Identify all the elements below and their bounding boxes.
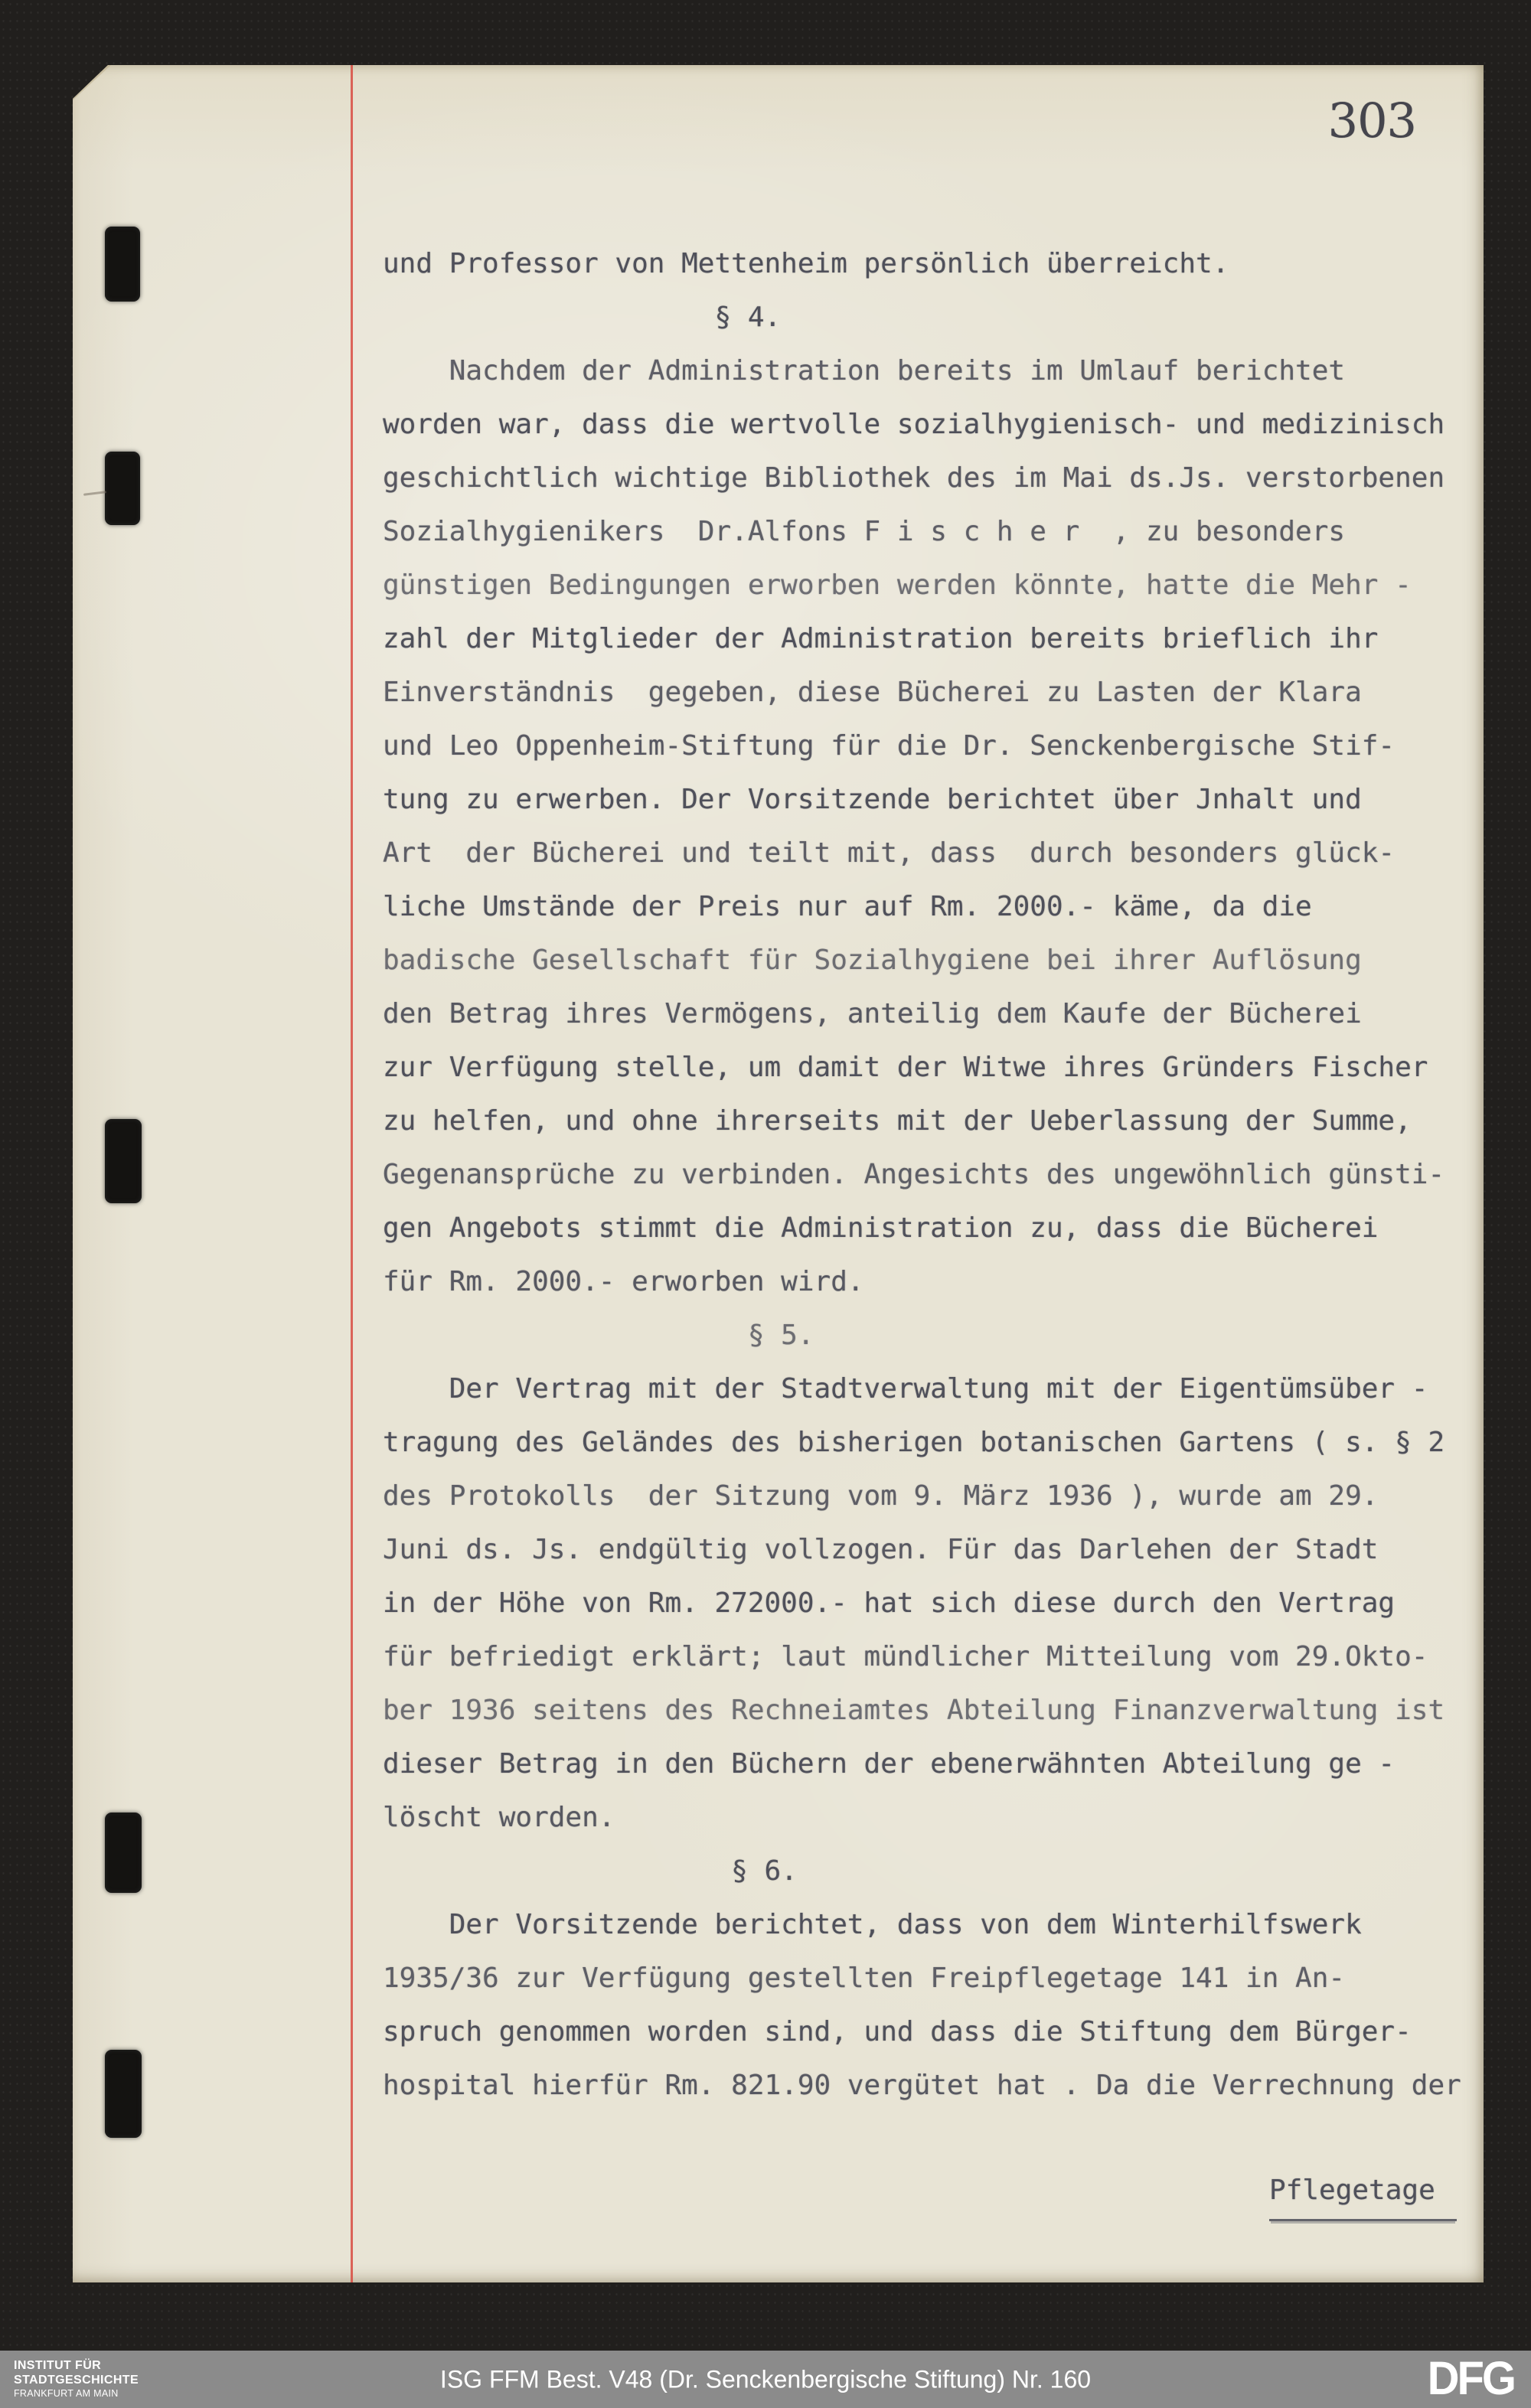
document-page: 303 und Professor von Mettenheim persönl… — [73, 65, 1484, 2282]
institute-name-line2: STADTGESCHICHTE — [14, 2373, 139, 2387]
text-line: liche Umstände der Preis nur auf Rm. 200… — [383, 880, 1484, 934]
text-line: tung zu erwerben. Der Vorsitzende berich… — [383, 773, 1484, 827]
footer-bar: INSTITUT FÜR STADTGESCHICHTE FRANKFURT A… — [0, 2351, 1531, 2408]
text-line: für Rm. 2000.- erworben wird. — [383, 1255, 1484, 1309]
text-line: Der Vorsitzende berichtet, dass von dem … — [383, 1898, 1484, 1952]
text-line: hospital hierfür Rm. 821.90 vergütet hat… — [383, 2059, 1484, 2113]
text-line: tragung des Geländes des bisherigen bota… — [383, 1416, 1484, 1470]
text-line: worden war, dass die wertvolle sozialhyg… — [383, 398, 1484, 452]
margin-line — [351, 65, 353, 2282]
page-corner-fold — [73, 65, 111, 100]
text-line: geschichtlich wichtige Bibliothek des im… — [383, 452, 1484, 505]
text-line: Nachdem der Administration bereits im Um… — [383, 344, 1484, 398]
text-line: des Protokolls der Sitzung vom 9. März 1… — [383, 1470, 1484, 1523]
text-line: zu helfen, und ohne ihrerseits mit der U… — [383, 1095, 1484, 1148]
dfg-logo: DFG — [1428, 2351, 1514, 2405]
text-line: günstigen Bedingungen erworben werden kö… — [383, 559, 1484, 612]
text-line: in der Höhe von Rm. 272000.- hat sich di… — [383, 1577, 1484, 1630]
institute-block: INSTITUT FÜR STADTGESCHICHTE FRANKFURT A… — [14, 2358, 139, 2400]
text-line: und Professor von Mettenheim persönlich … — [383, 237, 1484, 291]
institute-name-line1: INSTITUT FÜR — [14, 2358, 139, 2373]
text-line: spruch genommen worden sind, und dass di… — [383, 2005, 1484, 2059]
text-line: zur Verfügung stelle, um damit der Witwe… — [383, 1041, 1484, 1095]
punch-hole — [105, 227, 140, 302]
text-line: dieser Betrag in den Büchern der ebenerw… — [383, 1737, 1484, 1791]
punch-hole — [105, 1119, 142, 1203]
text-line: löscht worden. — [383, 1791, 1484, 1845]
page-number: 303 — [1328, 93, 1416, 148]
text-line: § 4. — [383, 291, 1484, 344]
text-line: ber 1936 seitens des Rechneiamtes Abteil… — [383, 1684, 1484, 1737]
text-line: den Betrag ihres Vermögens, anteilig dem… — [383, 987, 1484, 1041]
text-line: Sozialhygienikers Dr.Alfons F i s c h e … — [383, 505, 1484, 559]
text-line: Art der Bücherei und teilt mit, dass dur… — [383, 827, 1484, 880]
text-line: zahl der Mitglieder der Administration b… — [383, 612, 1484, 666]
pencil-mark — [83, 491, 106, 496]
punch-hole — [105, 2050, 142, 2138]
text-line: Juni ds. Js. endgültig vollzogen. Für da… — [383, 1523, 1484, 1577]
scan-background: { "page": { "number": "303", "catchword"… — [0, 0, 1531, 2408]
text-line: § 6. — [383, 1845, 1484, 1898]
archive-reference: ISG FFM Best. V48 (Dr. Senckenbergische … — [440, 2365, 1091, 2393]
catchword: Pflegetage — [1269, 2164, 1457, 2221]
text-line: für befriedigt erklärt; laut mündlicher … — [383, 1630, 1484, 1684]
text-line: gen Angebots stimmt die Administration z… — [383, 1202, 1484, 1255]
typewritten-text: und Professor von Mettenheim persönlich … — [383, 237, 1484, 2113]
text-line: Gegenansprüche zu verbinden. Angesichts … — [383, 1148, 1484, 1202]
punch-hole — [105, 452, 140, 525]
institute-city: FRANKFURT AM MAIN — [14, 2387, 139, 2400]
text-line: Der Vertrag mit der Stadtverwaltung mit … — [383, 1362, 1484, 1416]
punch-hole — [105, 1813, 142, 1893]
text-line: badische Gesellschaft für Sozialhygiene … — [383, 934, 1484, 987]
text-line: Einverständnis gegeben, diese Bücherei z… — [383, 666, 1484, 719]
text-line: und Leo Oppenheim-Stiftung für die Dr. S… — [383, 719, 1484, 773]
text-line: § 5. — [383, 1309, 1484, 1362]
text-line: 1935/36 zur Verfügung gestellten Freipfl… — [383, 1952, 1484, 2005]
